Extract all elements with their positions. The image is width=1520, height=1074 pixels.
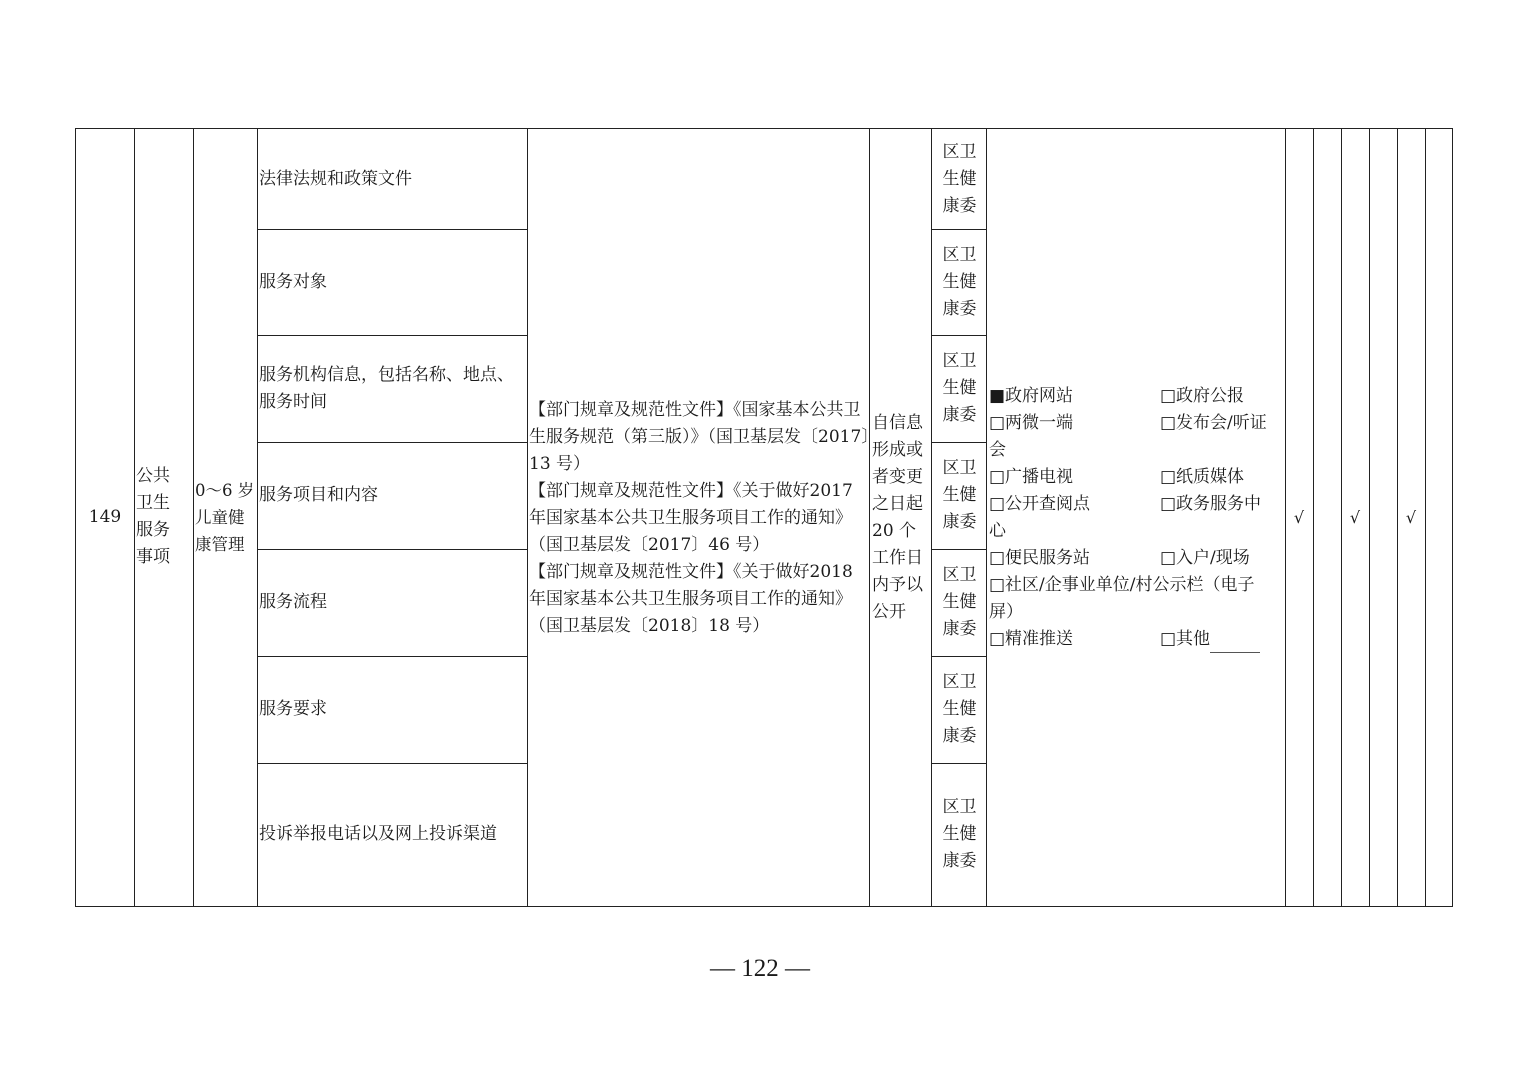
check-mark-cell: √ xyxy=(1285,129,1313,905)
channel-option[interactable]: □政府公报 xyxy=(1160,383,1286,410)
disclosure-table: 149 公共 卫生 服务 事项 0～6 岁 儿童健 康管理 法律法规和政策文件 … xyxy=(75,128,1453,907)
item-cell: 服务流程 xyxy=(259,549,527,656)
channel-option-wrap: 会 xyxy=(989,437,1160,464)
column-divider xyxy=(193,129,194,906)
department-cell: 区卫 生健 康委 xyxy=(933,549,986,656)
column-divider xyxy=(134,129,135,906)
channel-option-wrap: 屏） xyxy=(989,599,1160,626)
column-divider xyxy=(986,129,987,906)
department-cell: 区卫 生健 康委 xyxy=(933,763,986,905)
item-cell: 法律法规和政策文件 xyxy=(259,129,527,229)
page-number: — 122 — xyxy=(0,955,1520,983)
other-blank-line xyxy=(1210,634,1260,653)
category-cell: 公共 卫生 服务 事项 xyxy=(136,129,193,905)
check-mark-cell xyxy=(1425,129,1453,905)
check-mark-cell xyxy=(1313,129,1341,905)
channel-option[interactable]: □精准推送 xyxy=(989,626,1160,653)
channel-option[interactable]: □社区/企事业单位/村公示栏（电子 xyxy=(989,572,1255,599)
department-cell: 区卫 生健 康委 xyxy=(933,335,986,442)
channel-option[interactable]: □入户/现场 xyxy=(1160,545,1286,572)
channel-option-wrap xyxy=(1160,518,1286,545)
row-number: 149 xyxy=(76,129,134,905)
channel-option[interactable]: □其他 xyxy=(1160,629,1210,649)
check-mark-cell xyxy=(1369,129,1397,905)
channel-option[interactable]: □公开查阅点 xyxy=(989,491,1160,518)
channel-option[interactable]: □便民服务站 xyxy=(989,545,1160,572)
disclosure-channels: ■政府网站□政府公报 □两微一端□发布会/听证 会 □广播电视□纸质媒体 □公开… xyxy=(989,383,1286,653)
channel-option-wrap: 心 xyxy=(989,518,1160,545)
check-mark-cell: √ xyxy=(1341,129,1369,905)
legal-basis-cell: 【部门规章及规范性文件】《国家基本公共卫生服务规范（第三版）》（国卫基层发〔20… xyxy=(529,397,871,640)
check-mark-cell: √ xyxy=(1397,129,1425,905)
department-cell: 区卫 生健 康委 xyxy=(933,442,986,549)
item-cell: 服务对象 xyxy=(259,229,527,335)
item-cell: 投诉举报电话以及网上投诉渠道 xyxy=(259,763,529,905)
department-cell: 区卫 生健 康委 xyxy=(933,229,986,335)
channel-option[interactable]: □广播电视 xyxy=(989,464,1160,491)
item-cell: 服务机构信息，包括名称、地点、服务时间 xyxy=(259,335,529,442)
item-cell: 服务要求 xyxy=(259,656,527,763)
timeframe-cell: 自信息 形成或 者变更 之日起 20 个 工作日 内予以 公开 xyxy=(872,410,932,626)
department-cell: 区卫 生健 康委 xyxy=(933,656,986,763)
subject-cell: 0～6 岁 儿童健 康管理 xyxy=(195,129,259,905)
channel-option-wrap xyxy=(1160,437,1286,464)
channel-option[interactable]: □纸质媒体 xyxy=(1160,464,1286,491)
channel-option[interactable]: □两微一端 xyxy=(989,410,1160,437)
channel-option[interactable]: □政务服务中 xyxy=(1160,491,1286,518)
department-cell: 区卫 生健 康委 xyxy=(933,129,986,229)
channel-option[interactable]: □发布会/听证 xyxy=(1160,410,1286,437)
channel-option[interactable]: ■政府网站 xyxy=(989,383,1160,410)
item-cell: 服务项目和内容 xyxy=(259,442,527,549)
